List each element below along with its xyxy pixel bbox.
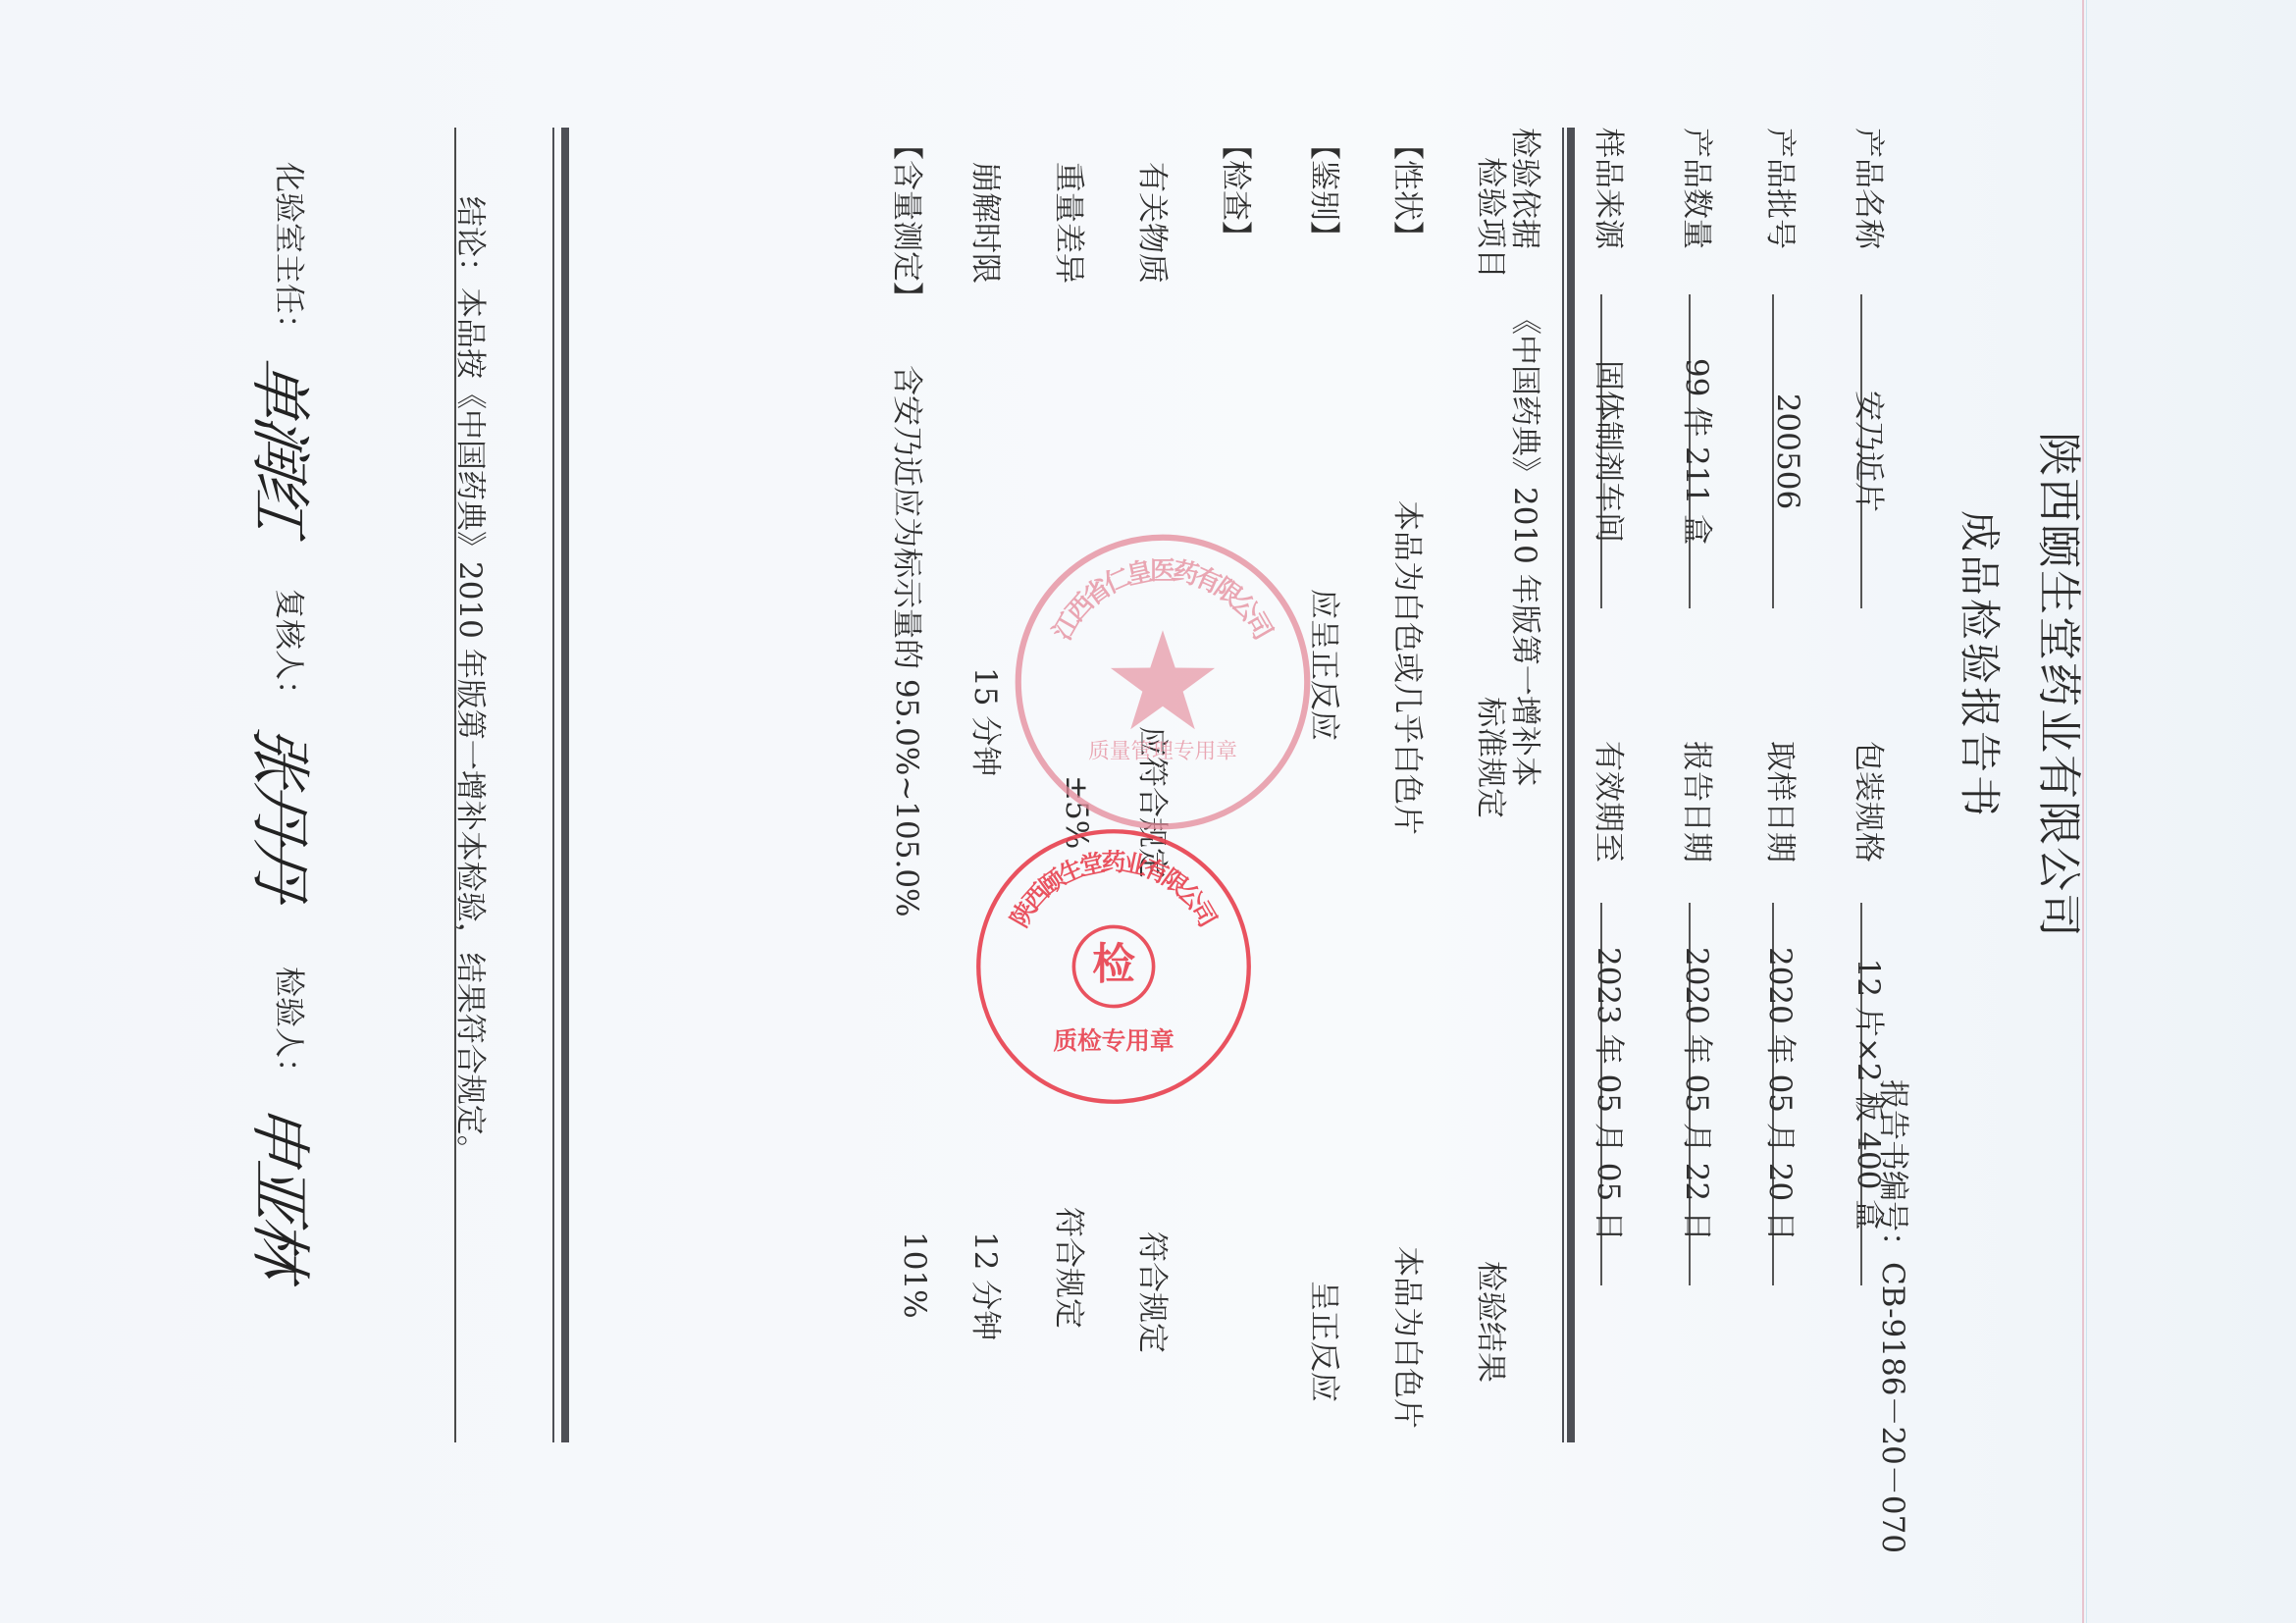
column-header: 标准规定 (1472, 697, 1516, 818)
table-top-border-inner (1562, 128, 1564, 1442)
field-value: 12 片×2 板 400 盒 (1850, 903, 1894, 1285)
table-row: 崩解时限15 分钟12 分钟 (971, 0, 1011, 1623)
table-top-border (1567, 128, 1575, 1442)
conclusion-rule (454, 128, 456, 1442)
table-row: 【含量测定】含安乃近应为标示量的 95.0%~105.0%101% (893, 0, 932, 1623)
column-header: 检验项目 (1472, 157, 1516, 279)
svg-text:质量管理专用章: 质量管理专用章 (1088, 740, 1237, 764)
table-bottom-border-inner (552, 128, 554, 1442)
row-item: 【检查】 (1217, 130, 1261, 251)
field-value: 99 件 211 盒 (1678, 294, 1722, 608)
table-row: 【鉴别】应呈正反应呈正反应 (1310, 0, 1349, 1623)
row-standard: 本品为白色或几乎白色片 (1388, 500, 1433, 835)
handwritten-signature: 申亚林 (241, 1099, 329, 1279)
field-value: 固体制剂车间 (1590, 294, 1634, 608)
row-result: 101% (897, 1231, 932, 1319)
conclusion-text: 结论：本品按《中国药典》2010 年版第一增补本检验，结果符合规定。 (451, 196, 496, 1166)
row-item: 崩解时限 (966, 162, 1011, 284)
field-value: 安乃近片 (1850, 294, 1894, 608)
field-label: 取样日期 (1761, 741, 1805, 863)
report-number-value: CB-9186－20－070 (1875, 1262, 1910, 1553)
svg-text:质检专用章: 质检专用章 (1053, 1026, 1174, 1055)
report-title: 成品检验报告书 (1953, 510, 2011, 819)
field-label: 样品来源 (1590, 128, 1634, 249)
signature-label: 化验室主任： (270, 162, 314, 344)
field-label: 包装规格 (1850, 741, 1894, 863)
svg-text:检: 检 (1092, 939, 1135, 989)
field-label: 产品数量 (1678, 128, 1722, 249)
row-standard: 15 分钟 (966, 667, 1011, 776)
field-label: 产品名称 (1850, 128, 1894, 249)
field-value: 2020 年 05 月 20 日 (1761, 903, 1805, 1285)
handwritten-signature: 张丹丹 (241, 721, 329, 901)
row-result: 12 分钟 (966, 1231, 1011, 1340)
report-page: 陕西颐生堂药业有限公司 成品检验报告书 报告书编号：CB-9186－20－070… (0, 0, 2296, 1623)
row-item: 有关物质 (1133, 162, 1177, 284)
handwritten-signature: 单润红 (241, 353, 329, 533)
row-item: 【鉴别】 (1305, 130, 1349, 251)
row-result: 符合规定 (1050, 1207, 1094, 1329)
field-value: 2020 年 05 月 22 日 (1678, 903, 1722, 1285)
column-header: 检验结果 (1472, 1261, 1516, 1383)
row-result: 符合规定 (1133, 1231, 1177, 1353)
field-label: 产品批号 (1761, 128, 1805, 249)
row-item: 重量差异 (1050, 162, 1094, 284)
field-value: 2023 年 05 月 05 日 (1590, 903, 1634, 1285)
row-result: 呈正反应 (1305, 1281, 1349, 1402)
quality-inspection-seal-stamp: 陕西颐生堂药业有限公司 检 质检专用章 (971, 824, 1256, 1109)
table-row: 【性状】本品为白色或几乎白色片本品为白色片 (1393, 0, 1433, 1623)
signature-label: 复核人： (270, 589, 314, 710)
field-label: 报告日期 (1678, 741, 1722, 863)
row-standard: 含安乃近应为标示量的 95.0%~105.0% (888, 365, 932, 917)
table-bottom-border (561, 128, 569, 1442)
row-result: 本品为白色片 (1388, 1246, 1433, 1429)
signature-label: 检验人： (270, 967, 314, 1088)
field-label: 有效期至 (1590, 741, 1634, 863)
row-item: 【性状】 (1388, 130, 1433, 251)
company-seal-stamp-faint: 江西省仁皇医药有限公司质量管理专用章 (1011, 530, 1315, 834)
company-name: 陕西颐生堂药业有限公司 (2031, 432, 2095, 939)
row-item: 【含量测定】 (888, 130, 932, 312)
field-value: 200506 (1770, 294, 1805, 608)
